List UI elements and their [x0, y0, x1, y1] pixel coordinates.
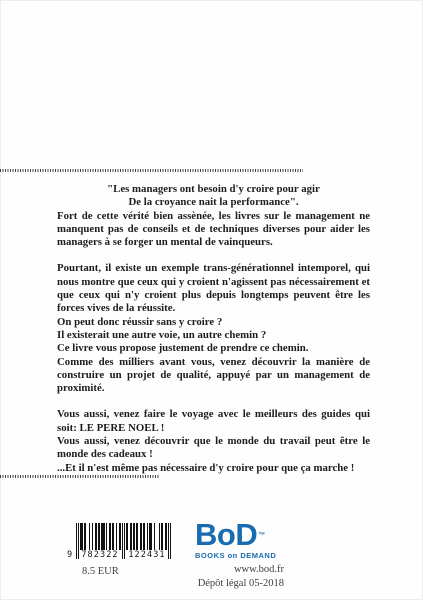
barcode-digits-left: 782322 [79, 550, 121, 560]
dashed-trim-line-bottom [0, 475, 160, 478]
back-cover-text: "Les managers ont besoin d'y croire pour… [57, 183, 370, 475]
paragraph: ...Et il n'est même pas nécessaire d'y c… [57, 462, 370, 475]
paragraph: Vous aussi, venez faire le voyage avec l… [57, 408, 370, 435]
paragraph: "Les managers ont besoin d'y croire pour… [57, 183, 370, 196]
ean-barcode: 9 782322 122431 [66, 523, 172, 565]
paragraph: Comme des milliers avant vous, venez déc… [57, 356, 370, 396]
price-label: 8.5 EUR [82, 566, 119, 577]
trademark-symbol: ™ [258, 532, 265, 539]
paragraph: Fort de cette vérité bien assènée, les l… [57, 210, 370, 250]
barcode-digits-right: 122431 [126, 550, 168, 560]
bod-logo-tagline: BOOKS on DEMAND [195, 551, 276, 560]
bod-logo-text: BoD [195, 517, 257, 552]
paragraph: De la croyance nait la performance". [57, 196, 370, 209]
bod-logo-wordmark: BoD™ [195, 519, 276, 550]
book-back-cover: "Les managers ont besoin d'y croire pour… [0, 0, 423, 600]
paragraph: Ce livre vous propose justement de prend… [57, 342, 370, 355]
barcode-digit-prefix: 9 [67, 550, 72, 560]
paragraph: Il existerait une autre voie, un autre c… [57, 329, 370, 342]
dashed-trim-line-top [0, 169, 303, 172]
paragraph: On peut donc réussir sans y croire ? [57, 316, 370, 329]
legal-deposit: Dépôt légal 05-2018 [198, 577, 284, 591]
paragraph: Pourtant, il existe un exemple trans-gén… [57, 262, 370, 315]
publisher-info: www.bod.fr Dépôt légal 05-2018 [198, 563, 284, 590]
paragraph: Vous aussi, venez découvrir que le monde… [57, 435, 370, 462]
bod-logo: BoD™ BOOKS on DEMAND [195, 519, 276, 560]
publisher-website: www.bod.fr [198, 563, 284, 577]
